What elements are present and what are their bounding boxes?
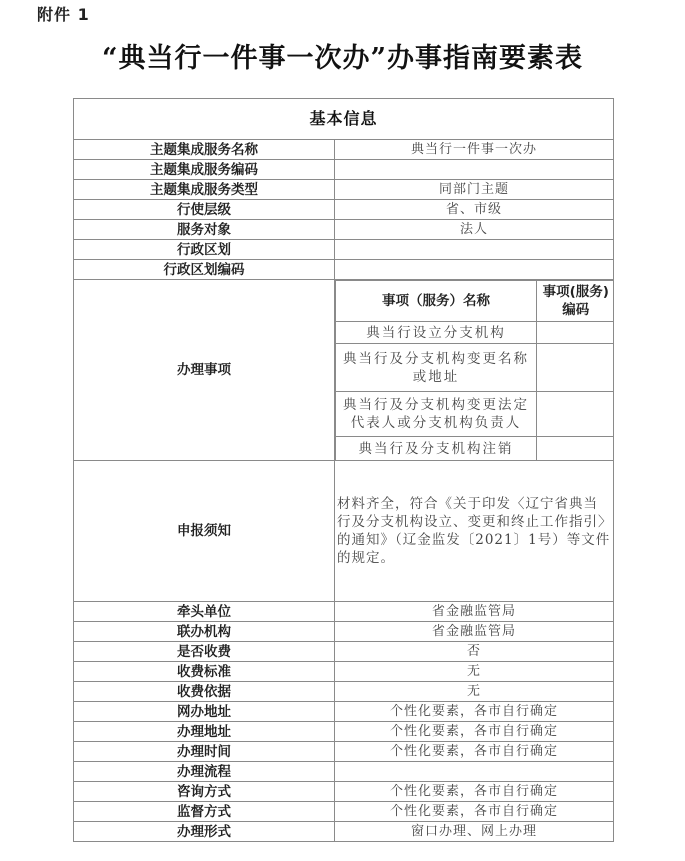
row-value: 省金融监管局 — [335, 602, 614, 622]
table-row: 办理流程 — [74, 762, 614, 782]
row-value — [335, 160, 614, 180]
table-row: 行使层级省、市级 — [74, 200, 614, 220]
row-label: 联办机构 — [74, 622, 335, 642]
row-label: 办理地址 — [74, 722, 335, 742]
table-row: 是否收费否 — [74, 642, 614, 662]
matters-subtable: 事项（服务）名称 事项(服务)编码 典当行设立分支机构 典当行及分支机构变更名称… — [335, 280, 614, 460]
matters-header-row: 事项（服务）名称 事项(服务)编码 — [336, 281, 614, 322]
table-row: 办理形式窗口办理、网上办理 — [74, 822, 614, 842]
section-header: 基本信息 — [74, 99, 614, 140]
row-label: 办理流程 — [74, 762, 335, 782]
table-row: 牵头单位省金融监管局 — [74, 602, 614, 622]
matter-code — [537, 392, 614, 437]
matter-name: 典当行及分支机构注销 — [336, 437, 537, 461]
row-label: 网办地址 — [74, 702, 335, 722]
table-row: 行政区划 — [74, 240, 614, 260]
notice-label: 申报须知 — [74, 461, 335, 602]
row-label: 办理时间 — [74, 742, 335, 762]
row-label: 收费依据 — [74, 682, 335, 702]
matters-row: 办理事项 事项（服务）名称 事项(服务)编码 典当行设立分支机构 典当行及分支机… — [74, 280, 614, 461]
matter-row: 典当行及分支机构变更名称或地址 — [336, 344, 614, 392]
row-label: 牵头单位 — [74, 602, 335, 622]
section-header-row: 基本信息 — [74, 99, 614, 140]
table-row: 办理时间个性化要素，各市自行确定 — [74, 742, 614, 762]
notice-row: 申报须知 材料齐全，符合《关于印发〈辽宁省典当行及分支机构设立、变更和终止工作指… — [74, 461, 614, 602]
row-label: 办理形式 — [74, 822, 335, 842]
row-value: 同部门主题 — [335, 180, 614, 200]
matters-label: 办理事项 — [74, 280, 335, 461]
table-row: 办理地址个性化要素，各市自行确定 — [74, 722, 614, 742]
table-row: 主题集成服务名称典当行一件事一次办 — [74, 140, 614, 160]
row-value: 法人 — [335, 220, 614, 240]
row-value — [335, 260, 614, 280]
row-value: 典当行一件事一次办 — [335, 140, 614, 160]
row-label: 咨询方式 — [74, 782, 335, 802]
row-value: 个性化要素，各市自行确定 — [335, 782, 614, 802]
matter-row: 典当行设立分支机构 — [336, 322, 614, 344]
row-value: 个性化要素，各市自行确定 — [335, 742, 614, 762]
notice-value: 材料齐全，符合《关于印发〈辽宁省典当行及分支机构设立、变更和终止工作指引〉的通知… — [335, 461, 614, 602]
row-label: 行政区划 — [74, 240, 335, 260]
matter-code — [537, 322, 614, 344]
guide-elements-table: 基本信息 主题集成服务名称典当行一件事一次办 主题集成服务编码 主题集成服务类型… — [73, 98, 614, 842]
table-row: 服务对象法人 — [74, 220, 614, 240]
row-value: 个性化要素，各市自行确定 — [335, 722, 614, 742]
matters-subtable-cell: 事项（服务）名称 事项(服务)编码 典当行设立分支机构 典当行及分支机构变更名称… — [335, 280, 614, 461]
matter-name: 典当行设立分支机构 — [336, 322, 537, 344]
matter-row: 典当行及分支机构变更法定代表人或分支机构负责人 — [336, 392, 614, 437]
row-label: 行使层级 — [74, 200, 335, 220]
row-label: 收费标准 — [74, 662, 335, 682]
table-row: 咨询方式个性化要素，各市自行确定 — [74, 782, 614, 802]
row-label: 行政区划编码 — [74, 260, 335, 280]
table-row: 网办地址个性化要素，各市自行确定 — [74, 702, 614, 722]
row-label: 主题集成服务类型 — [74, 180, 335, 200]
row-label: 主题集成服务名称 — [74, 140, 335, 160]
table-row: 联办机构省金融监管局 — [74, 622, 614, 642]
table-row: 收费标准无 — [74, 662, 614, 682]
row-label: 是否收费 — [74, 642, 335, 662]
matter-row: 典当行及分支机构注销 — [336, 437, 614, 461]
row-value: 省、市级 — [335, 200, 614, 220]
row-value: 个性化要素，各市自行确定 — [335, 802, 614, 822]
matter-code-header: 事项(服务)编码 — [537, 281, 614, 322]
table-row: 收费依据无 — [74, 682, 614, 702]
matter-name: 典当行及分支机构变更法定代表人或分支机构负责人 — [336, 392, 537, 437]
table-row: 主题集成服务编码 — [74, 160, 614, 180]
row-value — [335, 762, 614, 782]
matter-code — [537, 437, 614, 461]
table-row: 主题集成服务类型同部门主题 — [74, 180, 614, 200]
row-value: 省金融监管局 — [335, 622, 614, 642]
row-value: 个性化要素，各市自行确定 — [335, 702, 614, 722]
row-label: 监督方式 — [74, 802, 335, 822]
matter-name-header: 事项（服务）名称 — [336, 281, 537, 322]
row-value: 无 — [335, 662, 614, 682]
row-label: 服务对象 — [74, 220, 335, 240]
row-label: 主题集成服务编码 — [74, 160, 335, 180]
row-value: 否 — [335, 642, 614, 662]
row-value — [335, 240, 614, 260]
document-title: “典当行一件事一次办”办事指南要素表 — [0, 36, 685, 75]
table-row: 行政区划编码 — [74, 260, 614, 280]
row-value: 无 — [335, 682, 614, 702]
matter-code — [537, 344, 614, 392]
attachment-label: 附件 1 — [37, 2, 90, 25]
table-row: 监督方式个性化要素，各市自行确定 — [74, 802, 614, 822]
matter-name: 典当行及分支机构变更名称或地址 — [336, 344, 537, 392]
row-value: 窗口办理、网上办理 — [335, 822, 614, 842]
